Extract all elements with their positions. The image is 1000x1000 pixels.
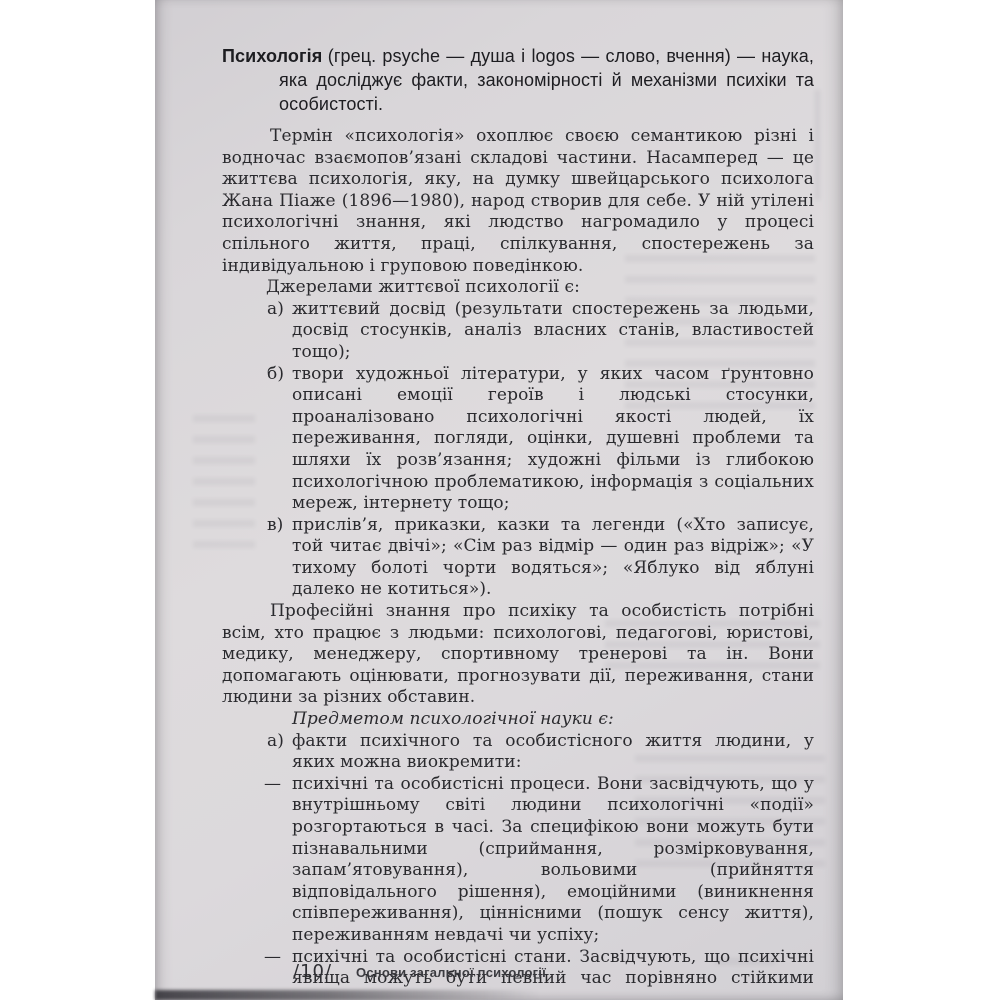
- definition-term: Психологія: [222, 46, 322, 66]
- page-footer: /10/ Основи загальної психології: [293, 961, 546, 982]
- paragraph-sources-intro: Джерелами життєвої психології є:: [222, 277, 814, 299]
- list-item-text: твори художньої літератури, у яких часом…: [292, 364, 814, 514]
- list-item-text: факти психічного та особистісного життя …: [292, 731, 814, 773]
- list-item-text: життєвий досвід (результати спостережень…: [292, 299, 814, 362]
- list-item-subject-a: а) факти психічного та особистісного жит…: [222, 731, 814, 774]
- dash-marker: —: [264, 774, 281, 796]
- definition-text: (грец. psyche — душа і logos — слово, вч…: [279, 46, 814, 114]
- definition-block: Психологія(грец. psyche — душа і logos —…: [222, 44, 814, 116]
- paragraph-professional-knowledge: Професійні знання про психіку та особист…: [222, 601, 814, 709]
- paragraph-term-psychology: Термін «психологія» охоплює своєю семант…: [222, 126, 814, 277]
- page-number: /10/: [293, 961, 332, 982]
- paragraph-subject-intro: Предметом психологічної науки є:: [222, 709, 814, 731]
- book-page-photo: Психологія(грец. psyche — душа і logos —…: [155, 0, 843, 1000]
- list-item-sources-a: а) життєвий досвід (результати спостереж…: [222, 299, 814, 364]
- list-marker: б): [267, 364, 284, 386]
- list-item-text: прислів’я, приказки, казки та легенди («…: [292, 515, 814, 600]
- list-marker: а): [267, 299, 284, 321]
- list-marker: а): [267, 731, 284, 753]
- list-item-sources-b: б) твори художньої літератури, у яких ча…: [222, 364, 814, 515]
- book-title: Основи загальної психології: [356, 965, 546, 980]
- list-item-text: психічні та особистісні процеси. Вони за…: [292, 774, 814, 945]
- list-item-sources-v: в) прислів’я, приказки, казки та легенди…: [222, 515, 814, 601]
- list-item-processes: — психічні та особистісні процеси. Вони …: [222, 774, 814, 947]
- list-marker: в): [267, 515, 283, 537]
- page-bottom-shadow: [155, 990, 540, 1000]
- dash-marker: —: [264, 947, 281, 969]
- page-text-column: Психологія(грец. psyche — душа і logos —…: [222, 44, 814, 990]
- bleed-through-mark: [815, 90, 820, 200]
